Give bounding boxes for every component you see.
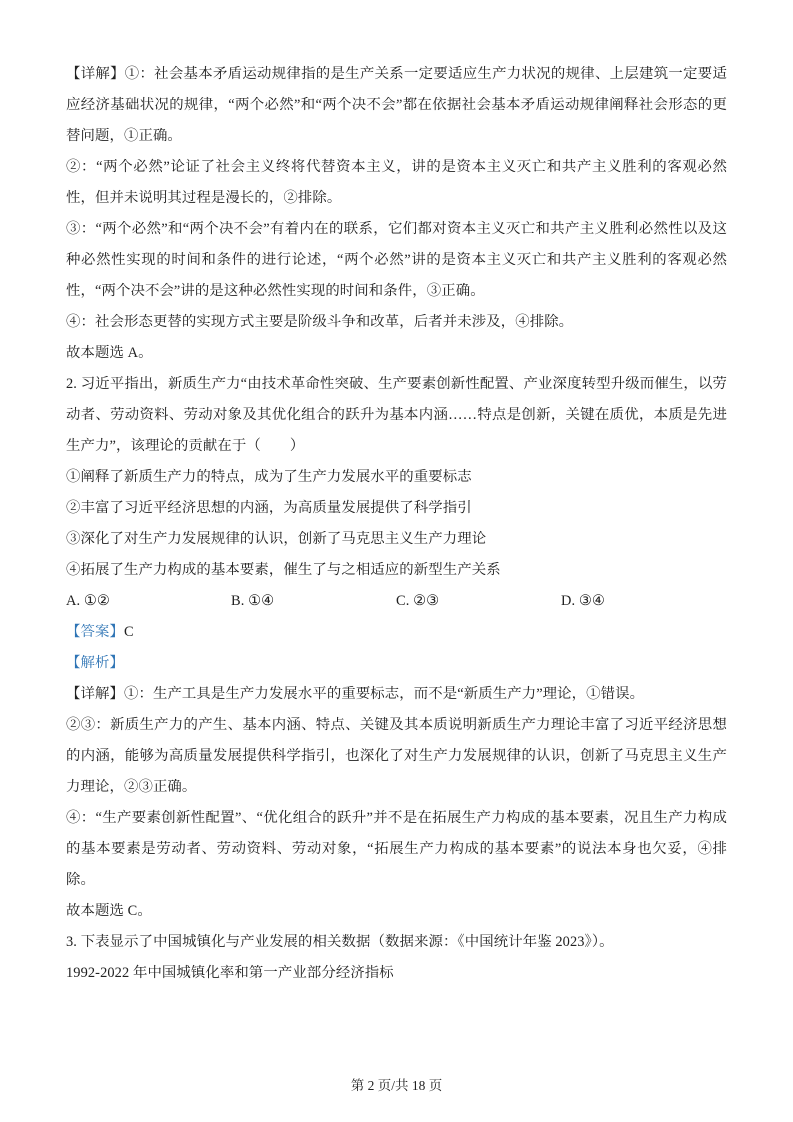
q2-conclusion: 故本题选 C。: [66, 896, 727, 927]
q2-option-c-label: C.: [396, 593, 409, 609]
q2-answer-value: C: [124, 624, 134, 640]
q1-detail-point-3: ③：“两个必然”和“两个决不会”有着内在的联系，它们都对资本主义灭亡和共产主义胜…: [66, 214, 727, 307]
page-number: 第 2 页/共 18 页: [0, 1074, 793, 1094]
q3-stem: 3. 下表显示了中国城镇化与产业发展的相关数据（数据来源：《中国统计年鉴 202…: [66, 927, 727, 958]
q2-statement-2: ②丰富了习近平经济思想的内涵，为高质量发展提供了科学指引: [66, 493, 727, 524]
q2-answer-line: 【答案】C: [66, 617, 727, 648]
document-body: 【详解】①：社会基本矛盾运动规律指的是生产关系一定要适应生产力状况的规律、上层建…: [66, 59, 727, 989]
q2-analysis-line: 【解析】: [66, 648, 727, 679]
q2-option-a-label: A.: [66, 593, 80, 609]
q2-statement-4: ④拓展了生产力构成的基本要素，催生了与之相适应的新型生产关系: [66, 555, 727, 586]
q2-statement-3: ③深化了对生产力发展规律的认识，创新了马克思主义生产力理论: [66, 524, 727, 555]
q2-option-c-value: ②③: [413, 593, 439, 609]
q2-option-d: D. ③④: [561, 586, 605, 617]
q3-table-title: 1992-2022 年中国城镇化率和第一产业部分经济指标: [66, 958, 727, 989]
q2-option-d-value: ③④: [579, 593, 605, 609]
q2-analysis-label: 【解析】: [66, 655, 124, 671]
q2-answer-label: 【答案】: [66, 624, 124, 640]
q1-detail-point-2: ②：“两个必然”论证了社会主义终将代替资本主义，讲的是资本主义灭亡和共产主义胜利…: [66, 152, 727, 214]
q2-option-a: A. ①②: [66, 586, 231, 617]
q2-detail-label: 【详解】: [66, 686, 124, 702]
q2-detail-point-2: ②③：新质生产力的产生、基本内涵、特点、关键及其本质说明新质生产力理论丰富了习近…: [66, 710, 727, 803]
q2-option-d-label: D.: [561, 593, 575, 609]
q2-option-a-value: ①②: [84, 593, 110, 609]
q2-detail-point-3: ④：“生产要素创新性配置”、“优化组合的跃升”并不是在拓展生产力构成的基本要素，…: [66, 803, 727, 896]
q2-option-b-value: ①④: [248, 593, 274, 609]
q2-detail-point-1: 【详解】①：生产工具是生产力发展水平的重要标志，而不是“新质生产力”理论，①错误…: [66, 679, 727, 710]
q2-detail-point-1-text: ①：生产工具是生产力发展水平的重要标志，而不是“新质生产力”理论，①错误。: [124, 686, 644, 702]
q2-options-row: A. ①② B. ①④ C. ②③ D. ③④: [66, 586, 727, 617]
q1-detail-point-4: ④：社会形态更替的实现方式主要是阶级斗争和改革，后者并未涉及，④排除。: [66, 307, 727, 338]
q1-detail-point-1: 【详解】①：社会基本矛盾运动规律指的是生产关系一定要适应生产力状况的规律、上层建…: [66, 59, 727, 152]
q2-option-b: B. ①④: [231, 586, 396, 617]
q1-conclusion: 故本题选 A。: [66, 338, 727, 369]
document-page: 【详解】①：社会基本矛盾运动规律指的是生产关系一定要适应生产力状况的规律、上层建…: [0, 0, 793, 1122]
q1-detail-label: 【详解】: [66, 66, 125, 82]
q2-option-b-label: B.: [231, 593, 244, 609]
q2-statement-1: ①阐释了新质生产力的特点，成为了生产力发展水平的重要标志: [66, 462, 727, 493]
q1-detail-point-1-text: ①：社会基本矛盾运动规律指的是生产关系一定要适应生产力状况的规律、上层建筑一定要…: [66, 66, 727, 144]
q2-option-c: C. ②③: [396, 586, 561, 617]
q2-stem: 2. 习近平指出，新质生产力“由技术革命性突破、生产要素创新性配置、产业深度转型…: [66, 369, 727, 462]
